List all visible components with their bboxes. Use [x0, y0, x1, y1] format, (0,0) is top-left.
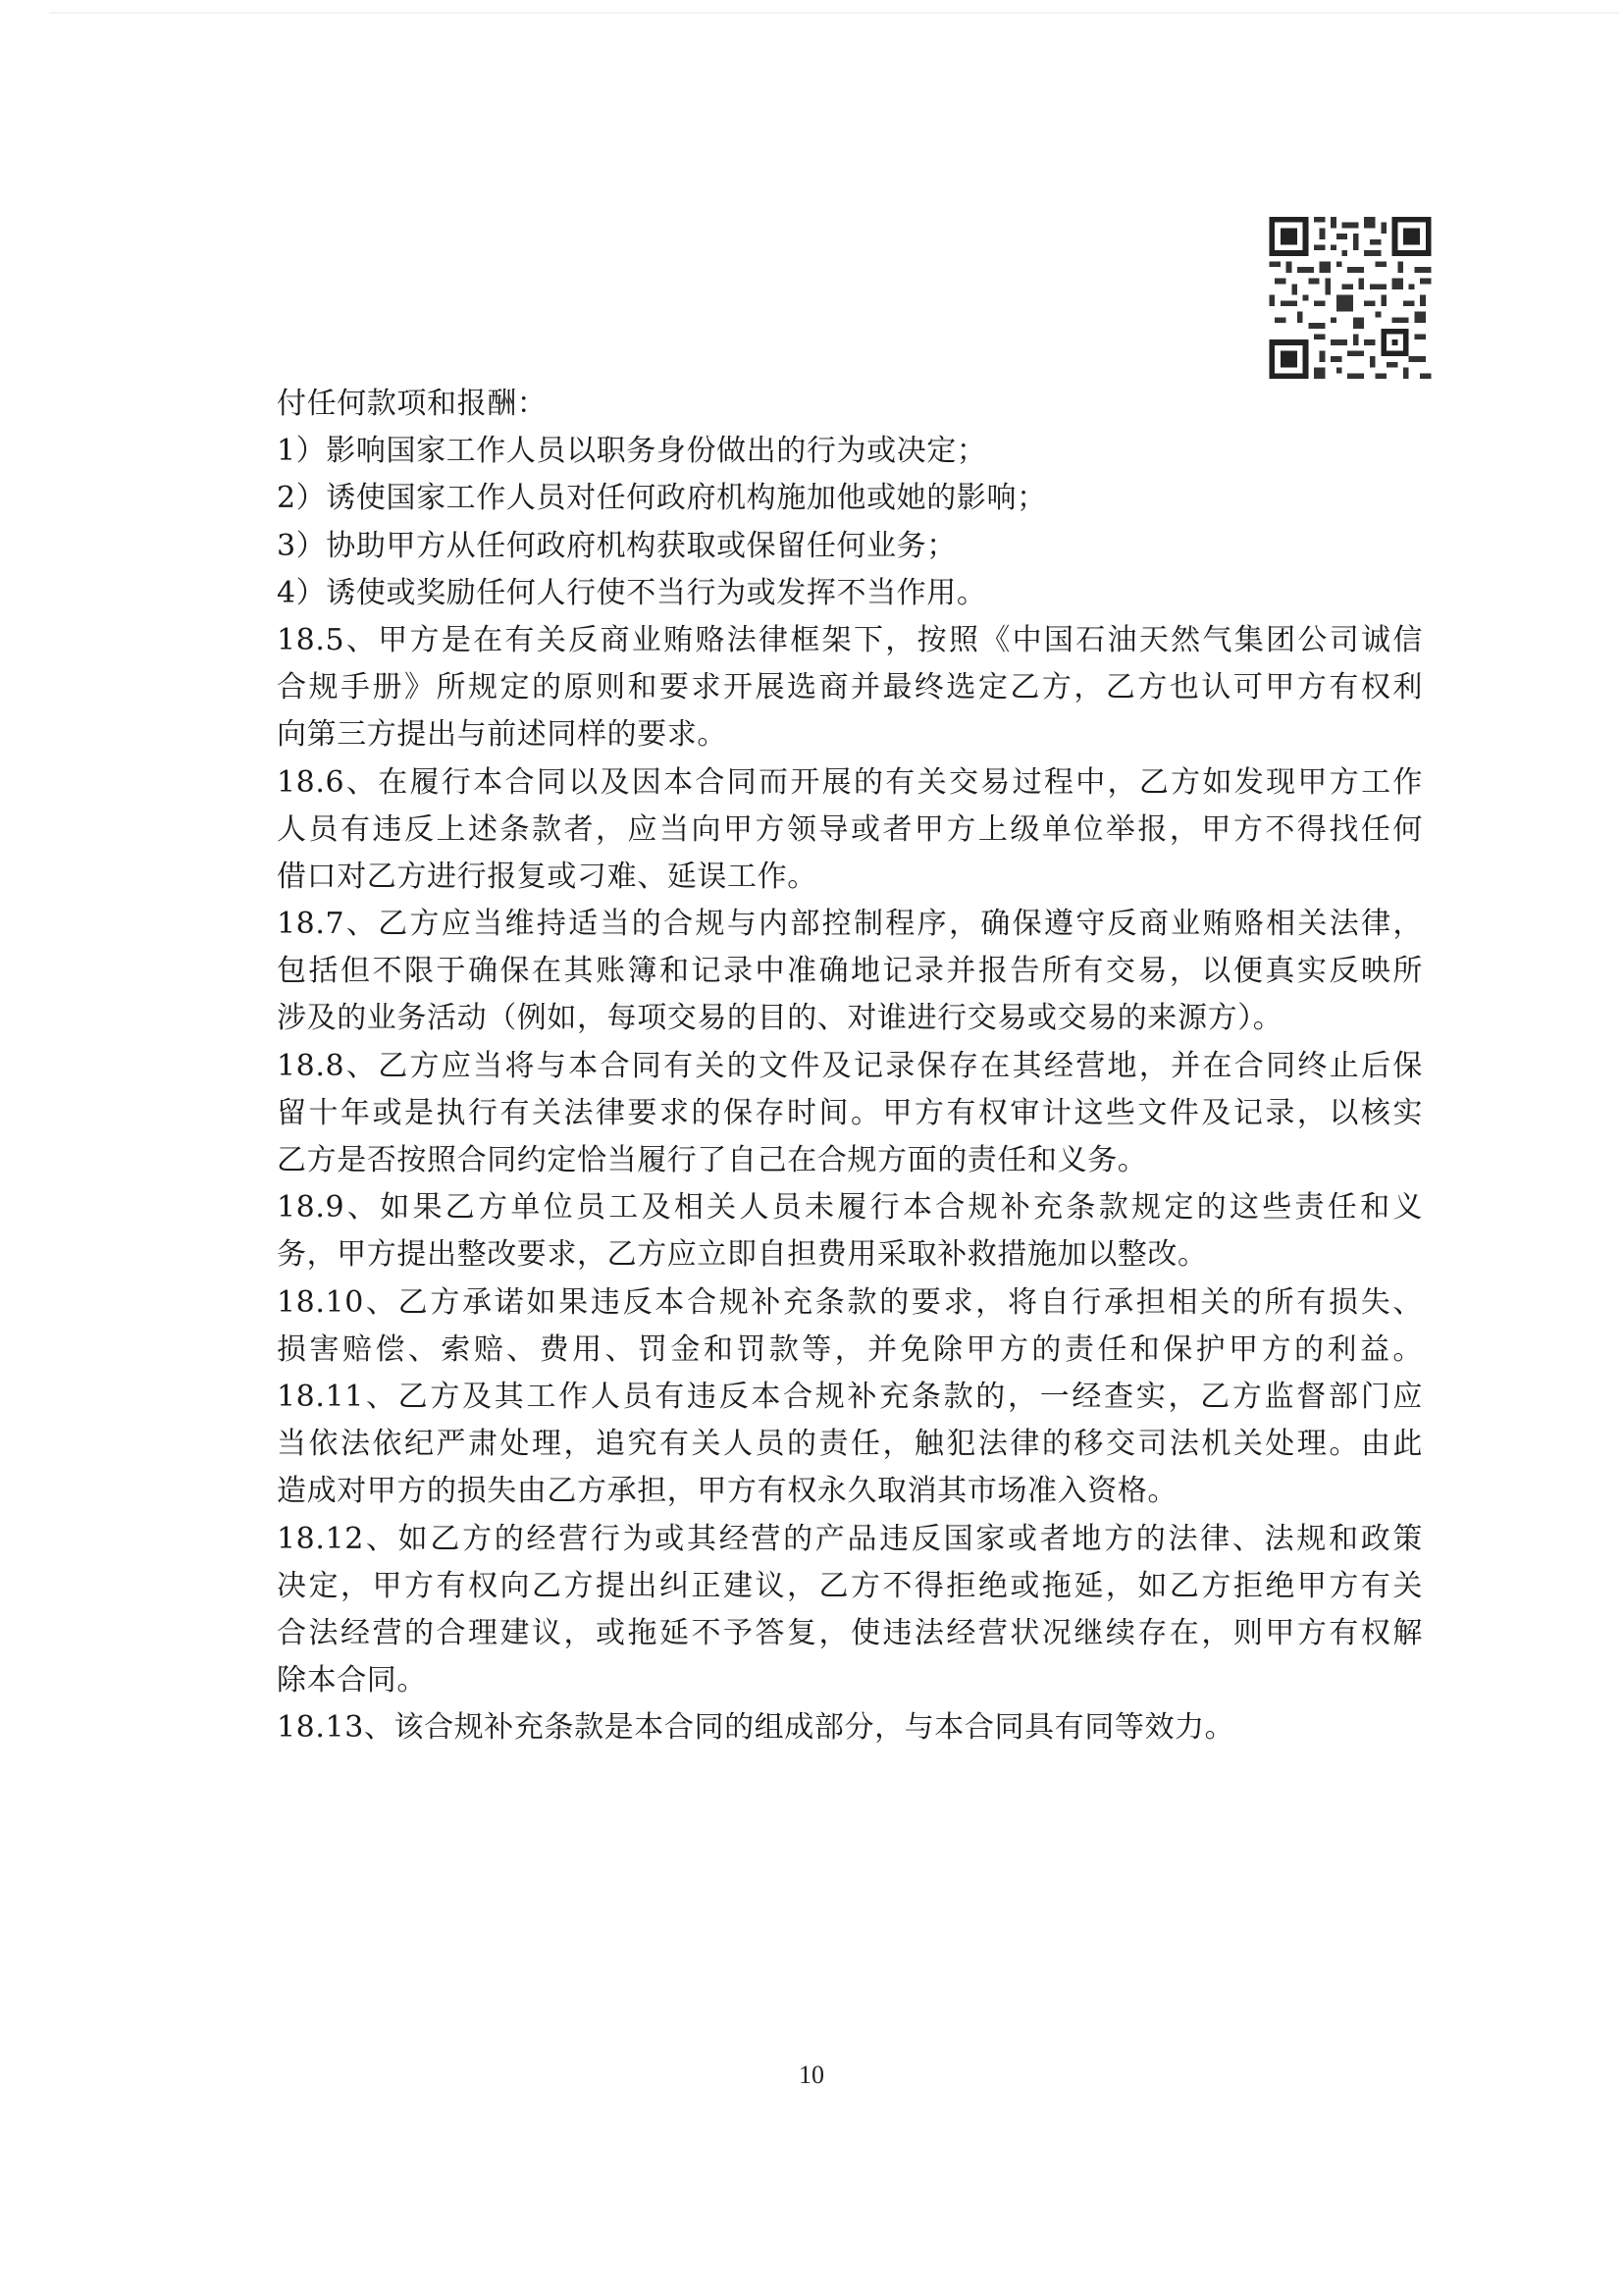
clause-line: 18.11、乙方及其工作人员有违反本合规补充条款的，一经查实，乙方监督部门应 — [277, 1374, 1423, 1421]
clause-line: 18.8、乙方应当将与本合同有关的文件及记录保存在其经营地，并在合同终止后保 — [277, 1043, 1423, 1090]
clause-18-12: 18.12、如乙方的经营行为或其经营的产品违反国家或者地方的法律、法规和政策 决… — [277, 1516, 1423, 1705]
clause-line: 18.13、该合规补充条款是本合同的组成部分，与本合同具有同等效力。 — [277, 1704, 1423, 1751]
clause-line: 18.9、如果乙方单位员工及相关人员未履行本合规补充条款规定的这些责任和义 — [277, 1184, 1423, 1231]
clause-line: 合法经营的合理建议，或拖延不予答复，使违法经营状况继续存在，则甲方有权解 — [277, 1610, 1423, 1657]
clause-line: 18.7、乙方应当维持适当的合规与内部控制程序，确保遵守反商业贿赂相关法律， — [277, 901, 1423, 948]
clause-line: 向第三方提出与前述同样的要求。 — [277, 711, 1423, 758]
clause-18-8: 18.8、乙方应当将与本合同有关的文件及记录保存在其经营地，并在合同终止后保 留… — [277, 1043, 1423, 1185]
clause-line: 18.6、在履行本合同以及因本合同而开展的有关交易过程中，乙方如发现甲方工作 — [277, 759, 1423, 807]
clause-line: 务，甲方提出整改要求，乙方应立即自担费用采取补救措施加以整改。 — [277, 1231, 1423, 1278]
list-item: 1）影响国家工作人员以职务身份做出的行为或决定； — [277, 428, 1423, 475]
clause-18-11: 18.11、乙方及其工作人员有违反本合规补充条款的，一经查实，乙方监督部门应 当… — [277, 1374, 1423, 1516]
clause-line: 合规手册》所规定的原则和要求开展选商并最终选定乙方，乙方也认可甲方有权利 — [277, 664, 1423, 711]
continuation-line: 付任何款项和报酬： — [277, 381, 1423, 428]
clause-line: 借口对乙方进行报复或刁难、延误工作。 — [277, 854, 1423, 901]
clause-line: 18.12、如乙方的经营行为或其经营的产品违反国家或者地方的法律、法规和政策 — [277, 1516, 1423, 1563]
clause-line: 当依法依纪严肃处理，追究有关人员的责任，触犯法律的移交司法机关处理。由此 — [277, 1421, 1423, 1468]
list-item: 3）协助甲方从任何政府机构获取或保留任何业务； — [277, 523, 1423, 570]
list-item: 4）诱使或奖励任何人行使不当行为或发挥不当作用。 — [277, 570, 1423, 617]
clause-18-13: 18.13、该合规补充条款是本合同的组成部分，与本合同具有同等效力。 — [277, 1704, 1423, 1751]
clause-18-5: 18.5、甲方是在有关反商业贿赂法律框架下，按照《中国石油天然气集团公司诚信 合… — [277, 617, 1423, 759]
clause-line: 涉及的业务活动（例如，每项交易的目的、对谁进行交易或交易的来源方）。 — [277, 995, 1423, 1042]
qr-code-icon — [1268, 217, 1433, 379]
clause-line: 乙方是否按照合同约定恰当履行了自己在合规方面的责任和义务。 — [277, 1137, 1423, 1184]
clause-line: 除本合同。 — [277, 1657, 1423, 1704]
page-number: 10 — [0, 2061, 1623, 2090]
prohibited-acts-list: 1）影响国家工作人员以职务身份做出的行为或决定； 2）诱使国家工作人员对任何政府… — [277, 428, 1423, 617]
clause-line: 留十年或是执行有关法律要求的保存时间。甲方有权审计这些文件及记录，以核实 — [277, 1090, 1423, 1137]
scan-edge-artifact — [49, 12, 1619, 14]
contract-body: 付任何款项和报酬： 1）影响国家工作人员以职务身份做出的行为或决定； 2）诱使国… — [277, 381, 1423, 1751]
clause-line: 人员有违反上述条款者，应当向甲方领导或者甲方上级单位举报，甲方不得找任何 — [277, 807, 1423, 854]
clause-line: 造成对甲方的损失由乙方承担，甲方有权永久取消其市场准入资格。 — [277, 1468, 1423, 1515]
clause-line: 18.5、甲方是在有关反商业贿赂法律框架下，按照《中国石油天然气集团公司诚信 — [277, 617, 1423, 664]
clause-line: 包括但不限于确保在其账簿和记录中准确地记录并报告所有交易，以便真实反映所 — [277, 948, 1423, 995]
clause-line: 18.10、乙方承诺如果违反本合规补充条款的要求，将自行承担相关的所有损失、 — [277, 1279, 1423, 1327]
clause-18-10: 18.10、乙方承诺如果违反本合规补充条款的要求，将自行承担相关的所有损失、 损… — [277, 1279, 1423, 1374]
clause-18-6: 18.6、在履行本合同以及因本合同而开展的有关交易过程中，乙方如发现甲方工作 人… — [277, 759, 1423, 902]
clause-18-9: 18.9、如果乙方单位员工及相关人员未履行本合规补充条款规定的这些责任和义 务，… — [277, 1184, 1423, 1278]
clause-line: 决定，甲方有权向乙方提出纠正建议，乙方不得拒绝或拖延，如乙方拒绝甲方有关 — [277, 1563, 1423, 1610]
clause-line: 损害赔偿、索赔、费用、罚金和罚款等，并免除甲方的责任和保护甲方的利益。 — [277, 1327, 1423, 1374]
clause-18-7: 18.7、乙方应当维持适当的合规与内部控制程序，确保遵守反商业贿赂相关法律， 包… — [277, 901, 1423, 1043]
list-item: 2）诱使国家工作人员对任何政府机构施加他或她的影响； — [277, 475, 1423, 522]
